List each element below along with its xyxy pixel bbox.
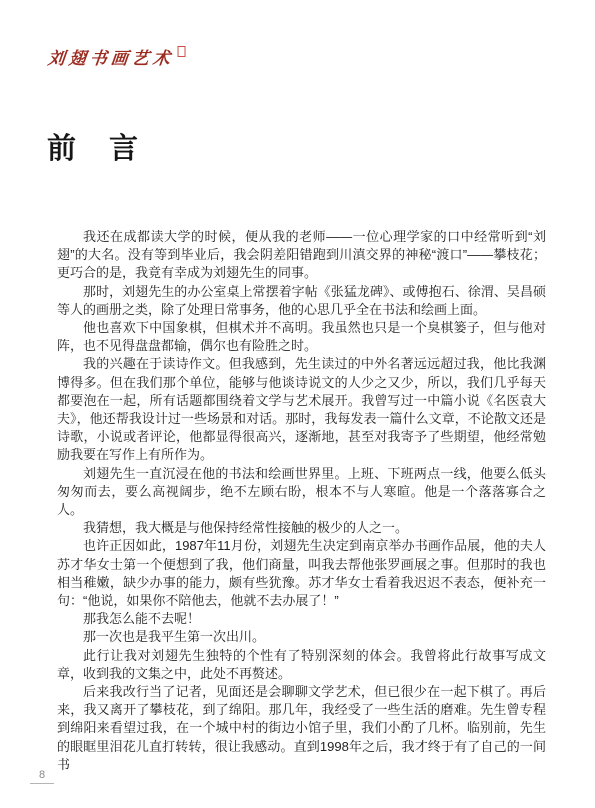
paragraph: 我还在成都读大学的时候，便从我的老师——一位心理学家的口中经常听到“刘翅”的大名…: [57, 228, 546, 283]
page-footer: 8: [30, 765, 54, 784]
paragraph: 我猜想，我大概是与他保持经常性接触的极少的人之一。: [57, 519, 546, 537]
red-seal-mark: [177, 46, 185, 57]
page-number: 8: [30, 769, 54, 784]
preface-body: 我还在成都读大学的时候，便从我的老师——一位心理学家的口中经常听到“刘翅”的大名…: [57, 228, 546, 774]
paragraph: 后来我改行当了记者，见面还是会聊聊文学艺术，但已很少在一起下棋了。再后来，我又离…: [57, 683, 546, 774]
page-title: 前 言: [47, 126, 140, 167]
book-page: 刘翅书画艺术 前 言 我还在成都读大学的时候，便从我的老师——一位心理学家的口中…: [0, 0, 595, 808]
logo-calligraphy: 刘翅书画艺术: [47, 44, 187, 69]
paragraph: 此行让我对刘翅先生独特的个性有了特别深刻的体会。我曾将此行故事写成文章，收到我的…: [57, 647, 546, 683]
paragraph: 那时，刘翅先生的办公室桌上常摆着字帖《张猛龙碑》、或傅抱石、徐渭、吴昌硕等人的画…: [57, 283, 546, 319]
paragraph: 我的兴趣在于读诗作文。但我感到，先生读过的中外名著远远超过我，他比我渊博得多。但…: [57, 355, 546, 464]
paragraph: 那一次也是我平生第一次出川。: [57, 628, 546, 646]
paragraph: 那我怎么能不去呢！: [57, 610, 546, 628]
paragraph: 刘翅先生一直沉浸在他的书法和绘画世界里。上班、下班两点一线，他要么低头匆匆而去，…: [57, 465, 546, 520]
logo-text: 刘翅书画艺术: [47, 49, 175, 68]
paragraph: 他也喜欢下中国象棋，但棋术并不高明。我虽然也只是一个臭棋篓子，但与他对阵，也不见…: [57, 319, 546, 355]
paragraph: 也许正因如此，1987年11月份，刘翅先生决定到南京举办书画作品展，他的夫人苏才…: [57, 537, 546, 610]
